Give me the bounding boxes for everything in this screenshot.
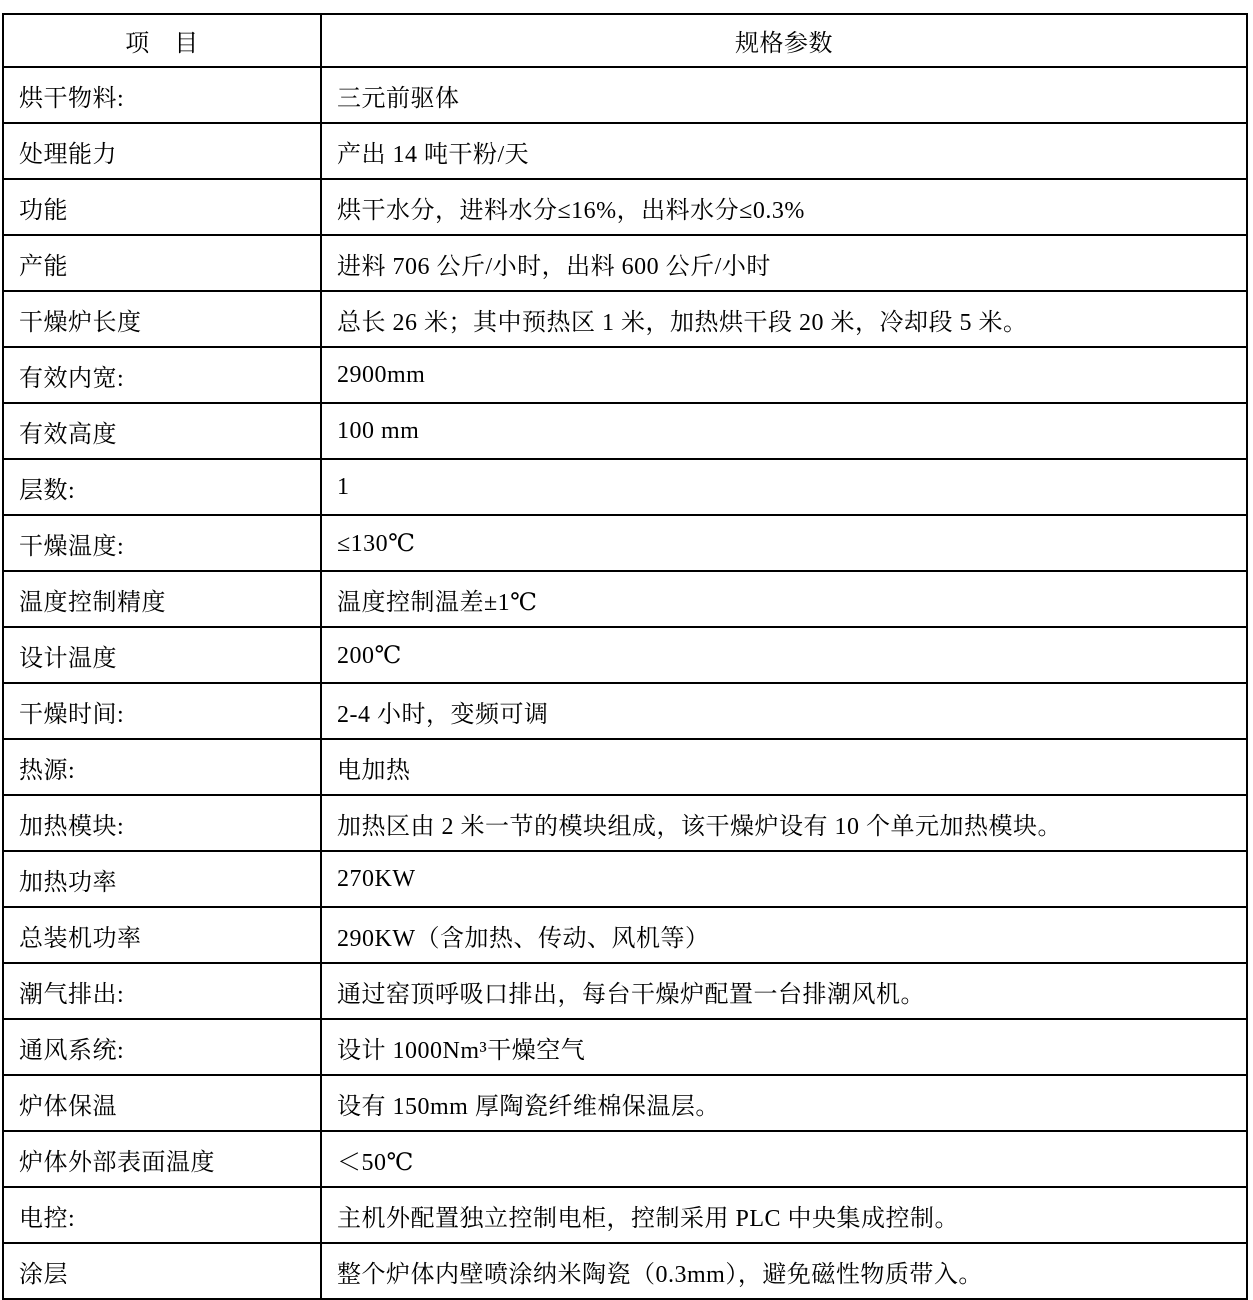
table-row: 有效内宽: 2900mm: [3, 347, 1247, 403]
table-row: 炉体外部表面温度 ＜50℃: [3, 1131, 1247, 1187]
table-row: 功能 烘干水分，进料水分≤16%，出料水分≤0.3%: [3, 179, 1247, 235]
row-label-cell: 烘干物料:: [3, 67, 321, 123]
row-label-cell: 产能: [3, 235, 321, 291]
header-item-cell: 项 目: [3, 14, 321, 67]
row-value-cell: 温度控制温差±1℃: [321, 571, 1247, 627]
row-value-cell: 电加热: [321, 739, 1247, 795]
table-row: 干燥时间: 2-4 小时，变频可调: [3, 683, 1247, 739]
row-value-cell: 1: [321, 459, 1247, 515]
row-label-cell: 加热功率: [3, 851, 321, 907]
row-label-cell: 设计温度: [3, 627, 321, 683]
table-row: 有效高度 100 mm: [3, 403, 1247, 459]
row-label-cell: 通风系统:: [3, 1019, 321, 1075]
table-row: 产能 进料 706 公斤/小时，出料 600 公斤/小时: [3, 235, 1247, 291]
row-label-cell: 处理能力: [3, 123, 321, 179]
table-row: 处理能力 产出 14 吨干粉/天: [3, 123, 1247, 179]
row-label-cell: 加热模块:: [3, 795, 321, 851]
row-value-cell: 整个炉体内壁喷涂纳米陶瓷（0.3mm），避免磁性物质带入。: [321, 1243, 1247, 1299]
row-value-cell: 200℃: [321, 627, 1247, 683]
table-row: 加热功率 270KW: [3, 851, 1247, 907]
table-row: 干燥炉长度 总长 26 米；其中预热区 1 米，加热烘干段 20 米，冷却段 5…: [3, 291, 1247, 347]
row-value-cell: 290KW（含加热、传动、风机等）: [321, 907, 1247, 963]
row-label-cell: 有效高度: [3, 403, 321, 459]
row-label-cell: 温度控制精度: [3, 571, 321, 627]
table-row: 加热模块: 加热区由 2 米一节的模块组成，该干燥炉设有 10 个单元加热模块。: [3, 795, 1247, 851]
table-row: 层数: 1: [3, 459, 1247, 515]
table-row: 炉体保温 设有 150mm 厚陶瓷纤维棉保温层。: [3, 1075, 1247, 1131]
row-label-cell: 炉体保温: [3, 1075, 321, 1131]
table-row: 热源: 电加热: [3, 739, 1247, 795]
row-label-cell: 干燥炉长度: [3, 291, 321, 347]
table-row: 烘干物料: 三元前驱体: [3, 67, 1247, 123]
row-label-cell: 功能: [3, 179, 321, 235]
table-row: 潮气排出: 通过窑顶呼吸口排出，每台干燥炉配置一台排潮风机。: [3, 963, 1247, 1019]
row-label-cell: 潮气排出:: [3, 963, 321, 1019]
row-label-cell: 炉体外部表面温度: [3, 1131, 321, 1187]
document-page: 项 目 规格参数 烘干物料: 三元前驱体 处理能力 产出 14 吨干粉/天 功能…: [0, 0, 1253, 1259]
row-value-cell: 2-4 小时，变频可调: [321, 683, 1247, 739]
table-row: 设计温度 200℃: [3, 627, 1247, 683]
row-value-cell: ＜50℃: [321, 1131, 1247, 1187]
table-row: 干燥温度: ≤130℃: [3, 515, 1247, 571]
row-value-cell: 三元前驱体: [321, 67, 1247, 123]
row-label-cell: 电控:: [3, 1187, 321, 1243]
table-row: 通风系统: 设计 1000Nm³干燥空气: [3, 1019, 1247, 1075]
row-value-cell: 270KW: [321, 851, 1247, 907]
row-label-cell: 干燥时间:: [3, 683, 321, 739]
row-label-cell: 涂层: [3, 1243, 321, 1299]
row-value-cell: 主机外配置独立控制电柜，控制采用 PLC 中央集成控制。: [321, 1187, 1247, 1243]
table-header-row: 项 目 规格参数: [3, 14, 1247, 67]
row-label-cell: 热源:: [3, 739, 321, 795]
row-value-cell: 加热区由 2 米一节的模块组成，该干燥炉设有 10 个单元加热模块。: [321, 795, 1247, 851]
header-spec-cell: 规格参数: [321, 14, 1247, 67]
row-label-cell: 层数:: [3, 459, 321, 515]
table-row: 总装机功率 290KW（含加热、传动、风机等）: [3, 907, 1247, 963]
table-row: 涂层 整个炉体内壁喷涂纳米陶瓷（0.3mm），避免磁性物质带入。: [3, 1243, 1247, 1299]
row-label-cell: 干燥温度:: [3, 515, 321, 571]
row-value-cell: ≤130℃: [321, 515, 1247, 571]
row-value-cell: 通过窑顶呼吸口排出，每台干燥炉配置一台排潮风机。: [321, 963, 1247, 1019]
row-value-cell: 设有 150mm 厚陶瓷纤维棉保温层。: [321, 1075, 1247, 1131]
row-value-cell: 2900mm: [321, 347, 1247, 403]
spec-table: 项 目 规格参数 烘干物料: 三元前驱体 处理能力 产出 14 吨干粉/天 功能…: [2, 13, 1248, 1300]
row-value-cell: 烘干水分，进料水分≤16%，出料水分≤0.3%: [321, 179, 1247, 235]
row-value-cell: 100 mm: [321, 403, 1247, 459]
table-row: 温度控制精度 温度控制温差±1℃: [3, 571, 1247, 627]
row-value-cell: 设计 1000Nm³干燥空气: [321, 1019, 1247, 1075]
table-row: 电控: 主机外配置独立控制电柜，控制采用 PLC 中央集成控制。: [3, 1187, 1247, 1243]
row-label-cell: 有效内宽:: [3, 347, 321, 403]
row-label-cell: 总装机功率: [3, 907, 321, 963]
row-value-cell: 产出 14 吨干粉/天: [321, 123, 1247, 179]
row-value-cell: 总长 26 米；其中预热区 1 米，加热烘干段 20 米，冷却段 5 米。: [321, 291, 1247, 347]
row-value-cell: 进料 706 公斤/小时，出料 600 公斤/小时: [321, 235, 1247, 291]
